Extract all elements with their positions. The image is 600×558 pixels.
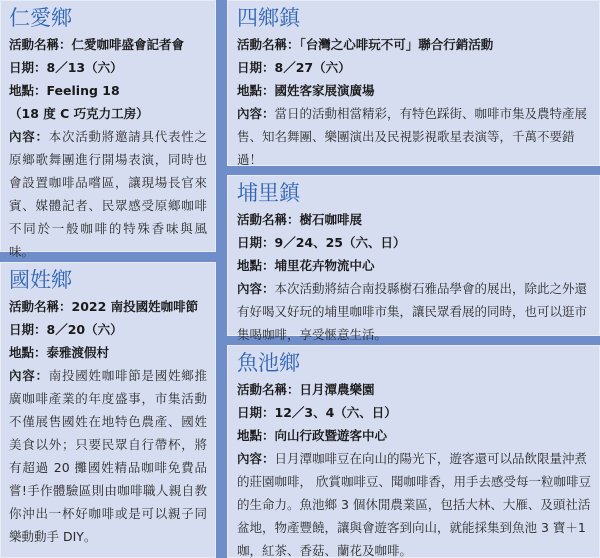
event-name-label: 活動名稱： [9,299,72,314]
event-content-label: 內容： [237,281,275,296]
event-content: 內容：南投國姓咖啡節是國姓鄉推廣咖啡產業的年度盛事，市集活動不僅展售國姓在地特色… [9,364,207,548]
section-renai: 仁愛鄉 活動名稱：仁愛咖啡盛會記者會 日期：8／13（六） 地點：Feeling… [0,0,216,252]
event-date-label: 日期： [9,60,47,75]
event-name-value: 樹石咖啡展 [300,212,363,227]
event-date-row: 日期：8／20（六） [9,318,207,341]
event-name-row: 活動名稱：仁愛咖啡盛會記者會 [9,33,207,56]
event-name-row: 活動名稱：日月潭農樂園 [237,378,591,401]
section-title: 仁愛鄉 [9,4,207,32]
event-content-label: 內容： [9,129,49,144]
event-content-value: 日月潭咖啡豆在向山的陽光下，遊客還可以品飲限量沖煮的莊園咖啡， 欣賞咖啡豆、聞咖… [237,451,591,558]
event-location-label: 地點： [237,83,275,98]
event-location-sub-value: （18 度 C 巧克力工房） [9,106,149,121]
section-yuchi: 魚池鄉 活動名稱：日月潭農樂園 日期：12／3、4（六、日） 地點：向山行政暨遊… [227,345,600,558]
event-location-row: 地點：埔里花卉物流中心 [237,254,591,277]
section-title: 魚池鄉 [237,349,591,377]
event-name-label: 活動名稱： [237,212,300,227]
event-date-label: 日期： [237,60,275,75]
event-location-value: 向山行政暨遊客中心 [275,428,388,443]
event-location-value: 埔里花卉物流中心 [275,258,375,273]
event-name-label: 活動名稱： [9,37,72,52]
event-location-label: 地點： [237,258,275,273]
section-title: 國姓鄉 [9,266,207,294]
event-date-label: 日期： [237,405,275,420]
event-date-label: 日期： [9,322,47,337]
event-location-label: 地點： [9,83,47,98]
event-name-value: 仁愛咖啡盛會記者會 [72,37,185,52]
section-title: 埔里鎮 [237,179,591,207]
event-location-label: 地點： [9,345,47,360]
event-location-row: 地點：向山行政暨遊客中心 [237,424,591,447]
event-name-value: 2022 南投國姓咖啡節 [72,299,199,314]
event-date-value: 8／27（六） [275,60,351,75]
event-content-label: 內容： [9,368,49,383]
event-location-value: 泰雅渡假村 [47,345,110,360]
event-location-value: 國姓客家展演廣場 [275,83,375,98]
event-date-value: 8／13（六） [47,60,123,75]
event-content: 內容：本次活動將邀請具代表性之原鄉歌舞團進行開場表演，同時也會設置咖啡品嚐區，讓… [9,125,207,263]
section-puli: 埔里鎮 活動名稱：樹石咖啡展 日期：9／24、25（六、日） 地點：埔里花卉物流… [227,175,600,336]
event-content-label: 內容： [237,106,275,121]
event-content: 內容：日月潭咖啡豆在向山的陽光下，遊客還可以品飲限量沖煮的莊園咖啡， 欣賞咖啡豆… [237,447,591,558]
event-date-row: 日期：8／13（六） [9,56,207,79]
event-date-value: 8／20（六） [47,322,123,337]
event-location-row: 地點：國姓客家展演廣場 [237,79,591,102]
event-date-value: 12／3、4（六、日） [275,405,397,420]
event-content-label: 內容： [237,451,275,466]
event-name-label: 活動名稱： [237,37,300,52]
event-content: 內容：當日的活動相當精彩，有特色踩街、咖啡市集及農特產展售、知名舞團、樂團演出及… [237,102,591,171]
event-name-value: 日月潭農樂園 [300,382,375,397]
event-date-label: 日期： [237,235,275,250]
section-guoxing: 國姓鄉 活動名稱：2022 南投國姓咖啡節 日期：8／20（六） 地點：泰雅渡假… [0,262,216,558]
section-title: 四鄉鎮 [237,4,591,32]
event-name-value: 「台灣之心啡玩不可」聯合行銷活動 [300,37,494,52]
event-date-row: 日期：12／3、4（六、日） [237,401,591,424]
event-location-value: Feeling 18 [47,83,120,98]
section-four-townships: 四鄉鎮 活動名稱：「台灣之心啡玩不可」聯合行銷活動 日期：8／27（六） 地點：… [227,0,600,166]
event-name-row: 活動名稱：「台灣之心啡玩不可」聯合行銷活動 [237,33,591,56]
event-content-value: 本次活動將結合南投縣樹石雅品學會的展出，除此之外還有好喝又好玩的埔里咖啡市集，讓… [237,281,587,342]
event-location-sub: （18 度 C 巧克力工房） [9,102,207,125]
event-name-row: 活動名稱：樹石咖啡展 [237,208,591,231]
event-content: 內容：本次活動將結合南投縣樹石雅品學會的展出，除此之外還有好喝又好玩的埔里咖啡市… [237,277,591,346]
event-content-value: 當日的活動相當精彩，有特色踩街、咖啡市集及農特產展售、知名舞團、樂團演出及民視影… [237,106,587,167]
event-date-value: 9／24、25（六、日） [275,235,406,250]
event-name-label: 活動名稱： [237,382,300,397]
event-location-row: 地點：泰雅渡假村 [9,341,207,364]
event-date-row: 日期：9／24、25（六、日） [237,231,591,254]
event-date-row: 日期：8／27（六） [237,56,591,79]
event-location-label: 地點： [237,428,275,443]
event-content-value: 南投國姓咖啡節是國姓鄉推廣咖啡產業的年度盛事，市集活動不僅展售國姓在地特色農產、… [9,368,207,544]
event-name-row: 活動名稱：2022 南投國姓咖啡節 [9,295,207,318]
event-location-row: 地點：Feeling 18 [9,79,207,102]
event-content-value: 本次活動將邀請具代表性之原鄉歌舞團進行開場表演，同時也會設置咖啡品嚐區，讓現場長… [9,129,207,259]
